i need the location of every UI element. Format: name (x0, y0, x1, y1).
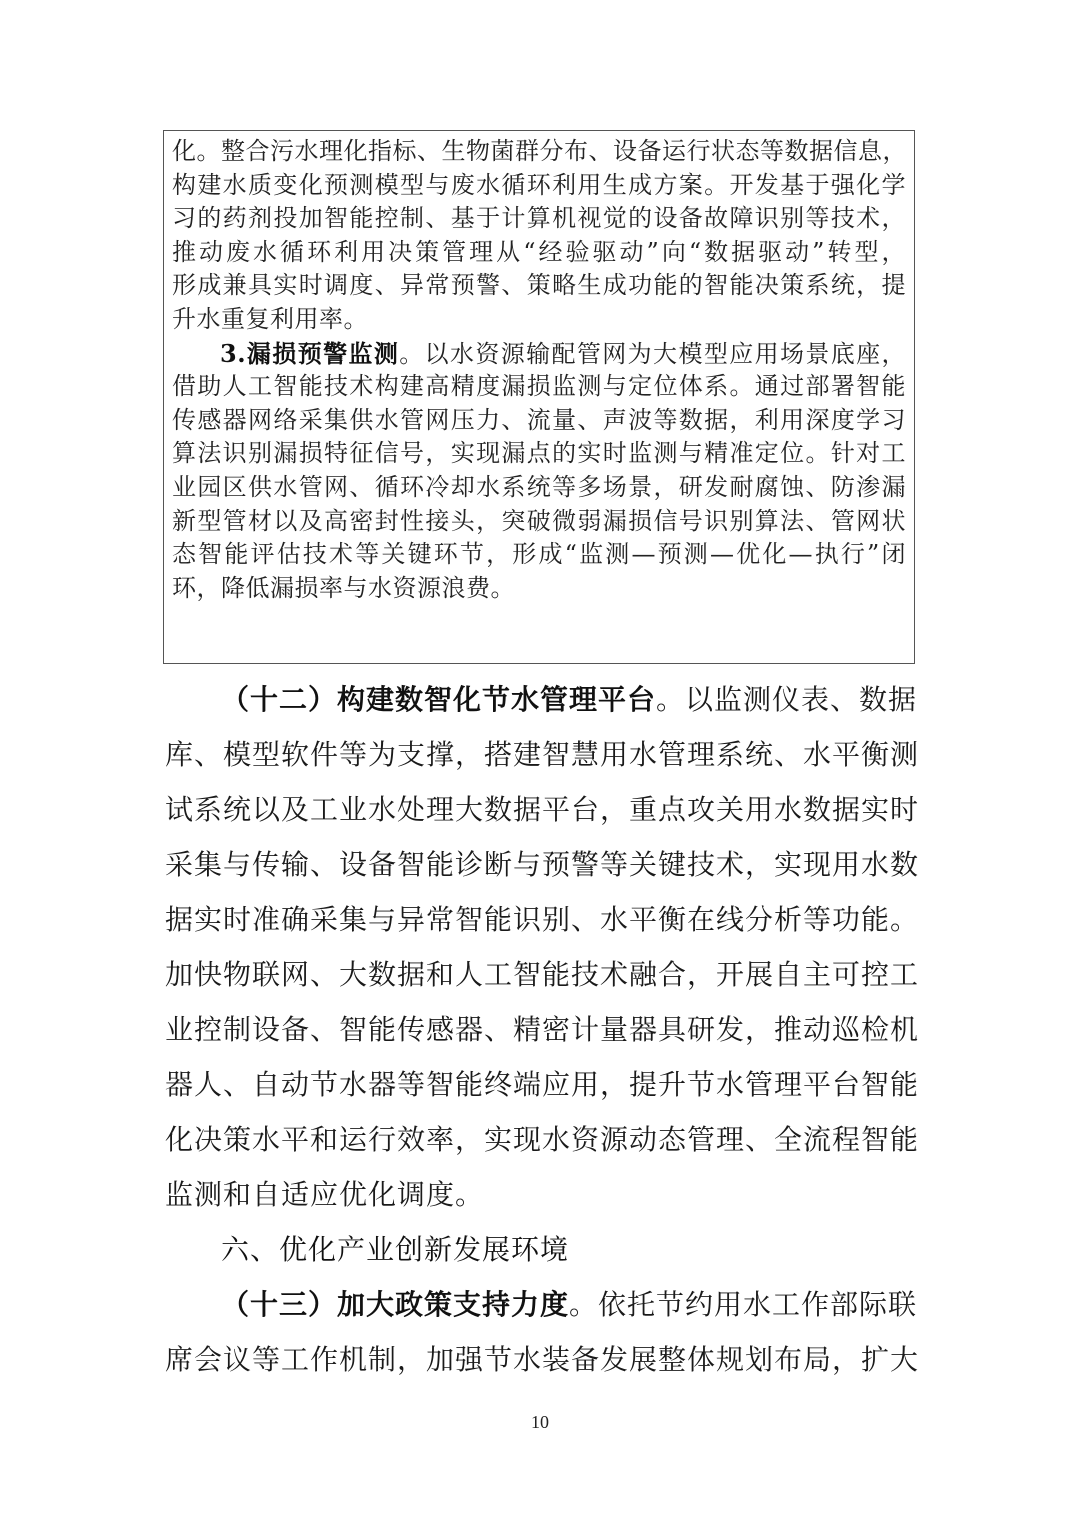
item3-first-line-rest: 。以水资源输配管网为大模型应用场景底座， (399, 340, 906, 368)
boxed-text-panel: 化。整合污水理化指标、生物菌群分布、设备运行状态等数据信息， 构建水质变化预测模… (163, 130, 915, 664)
page-number: 10 (0, 1412, 1080, 1433)
section12-line: 化决策水平和运行效率，实现水资源动态管理、全流程智能 (165, 1112, 915, 1167)
box-paragraph-line: 升水重复利用率。 (172, 303, 906, 337)
item3-line: 传感器网络采集供水管网压力、流量、声波等数据，利用深度学习 (172, 404, 906, 438)
section12-line: 据实时准确采集与异常智能识别、水平衡在线分析等功能。 (165, 892, 915, 947)
item3-line: 环，降低漏损率与水资源浪费。 (172, 572, 906, 606)
box-paragraph-line: 构建水质变化预测模型与废水循环利用生成方案。开发基于强化学 (172, 169, 906, 203)
section12-line: 监测和自适应优化调度。 (165, 1167, 915, 1222)
item3-line: 借助人工智能技术构建高精度漏损监测与定位体系。通过部署智能 (172, 370, 906, 404)
section13-first-line: （十三）加大政策支持力度。依托节约用水工作部际联 (165, 1277, 915, 1332)
section13-line: 席会议等工作机制，加强节水装备发展整体规划布局，扩大 (165, 1332, 915, 1387)
section12-first-line: （十二）构建数智化节水管理平台。以监测仪表、数据 (165, 672, 915, 727)
item3-line: 态智能评估技术等关键环节，形成“监测—预测—优化—执行”闭 (172, 538, 906, 572)
section-12: （十二）构建数智化节水管理平台。以监测仪表、数据 库、模型软件等为支撑，搭建智慧… (165, 672, 915, 1387)
section12-line: 采集与传输、设备智能诊断与预警等关键技术，实现用水数 (165, 837, 915, 892)
box-paragraph-line: 习的药剂投加智能控制、基于计算机视觉的设备故障识别等技术， (172, 202, 906, 236)
box-paragraph-line: 推动废水循环利用决策管理从“经验驱动”向“数据驱动”转型， (172, 236, 906, 270)
document-page: 化。整合污水理化指标、生物菌群分布、设备运行状态等数据信息， 构建水质变化预测模… (0, 0, 1080, 1527)
section12-line: 库、模型软件等为支撑，搭建智慧用水管理系统、水平衡测 (165, 727, 915, 782)
section13-first-line-rest: 。依托节约用水工作部际联 (569, 1288, 917, 1321)
item3-line: 新型管材以及高密封性接头，突破微弱漏损信号识别算法、管网状 (172, 505, 906, 539)
section12-title: （十二）构建数智化节水管理平台 (221, 683, 656, 716)
box-paragraph-line: 化。整合污水理化指标、生物菌群分布、设备运行状态等数据信息， (172, 135, 906, 169)
chapter-6-heading: 六、优化产业创新发展环境 (165, 1222, 915, 1277)
section13-title: （十三）加大政策支持力度 (221, 1288, 569, 1321)
item3-line: 算法识别漏损特征信号，实现漏点的实时监测与精准定位。针对工 (172, 437, 906, 471)
box-paragraph-line: 形成兼具实时调度、异常预警、策略生成功能的智能决策系统，提 (172, 269, 906, 303)
item3-first-line: 3.漏损预警监测。以水资源输配管网为大模型应用场景底座， (172, 337, 906, 371)
section12-line: 试系统以及工业水处理大数据平台，重点攻关用水数据实时 (165, 782, 915, 837)
item3-line: 业园区供水管网、循环冷却水系统等多场景，研发耐腐蚀、防渗漏 (172, 471, 906, 505)
section12-line: 业控制设备、智能传感器、精密计量器具研发，推动巡检机 (165, 1002, 915, 1057)
section12-line: 加快物联网、大数据和人工智能技术融合，开展自主可控工 (165, 947, 915, 1002)
item3-title: 3.漏损预警监测 (220, 339, 399, 368)
section12-first-line-rest: 。以监测仪表、数据 (656, 683, 917, 716)
section12-line: 器人、自动节水器等智能终端应用，提升节水管理平台智能 (165, 1057, 915, 1112)
